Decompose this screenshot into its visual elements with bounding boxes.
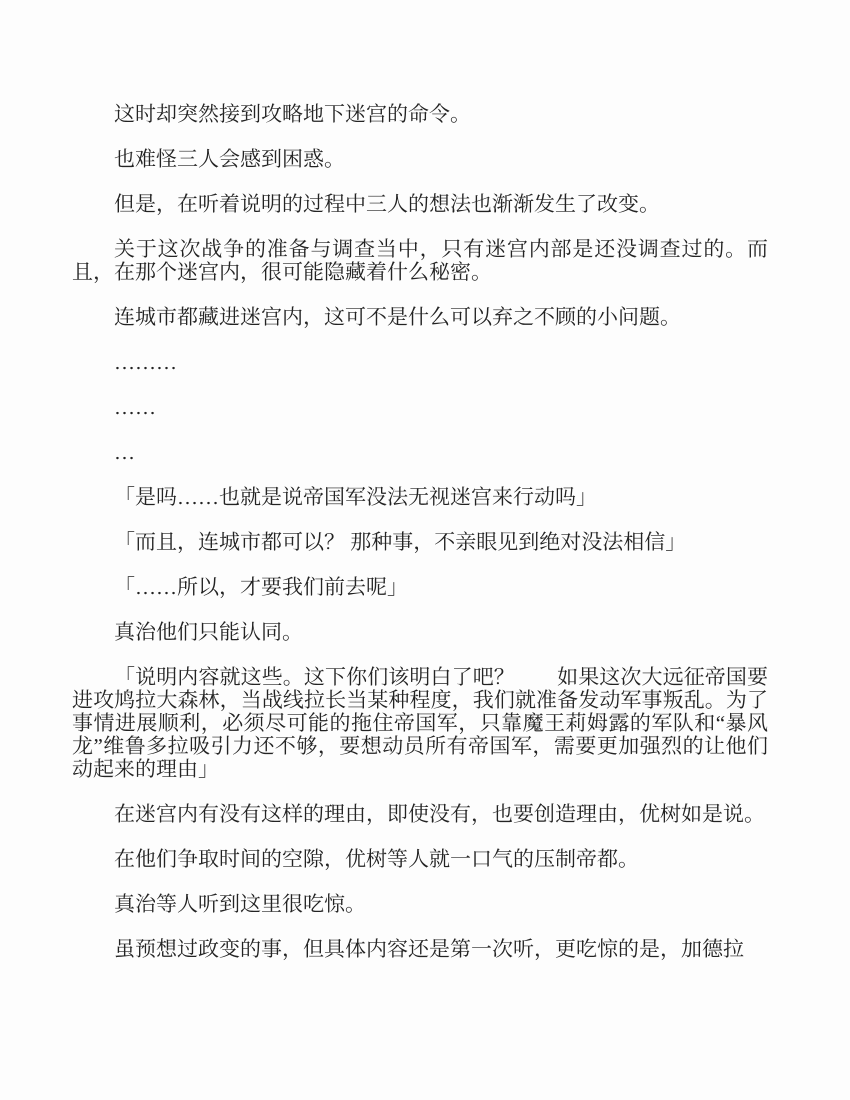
paragraph: 虽预想过政变的事，但具体内容还是第一次听，更吃惊的是，加德拉 [72, 938, 768, 961]
paragraph: 「……所以，才要我们前去呢」 [72, 576, 768, 599]
paragraph: 「说明内容就这些。这下你们该明白了吧？ 如果这次大远征帝国要进攻鸠拉大森林，当战… [72, 666, 768, 781]
paragraph: …… [72, 396, 768, 419]
novel-page: 这时却突然接到攻略地下迷宫的命令。也难怪三人会感到困惑。但是，在听着说明的过程中… [0, 0, 850, 1100]
paragraph: 也难怪三人会感到困惑。 [72, 148, 768, 171]
paragraph: 在迷宫内有没有这样的理由，即使没有，也要创造理由，优树如是说。 [72, 803, 768, 826]
paragraph: … [72, 441, 768, 464]
text-content: 这时却突然接到攻略地下迷宫的命令。也难怪三人会感到困惑。但是，在听着说明的过程中… [72, 103, 768, 961]
paragraph: 连城市都藏进迷宫内，这可不是什么可以弃之不顾的小问题。 [72, 306, 768, 329]
paragraph: 真治他们只能认同。 [72, 621, 768, 644]
paragraph: 关于这次战争的准备与调查当中，只有迷宫内部是还没调查过的。而且，在那个迷宫内，很… [72, 238, 768, 284]
paragraph: 这时却突然接到攻略地下迷宫的命令。 [72, 103, 768, 126]
paragraph: 在他们争取时间的空隙，优树等人就一口气的压制帝都。 [72, 848, 768, 871]
paragraph: 真治等人听到这里很吃惊。 [72, 893, 768, 916]
paragraph: ……… [72, 351, 768, 374]
paragraph: 但是，在听着说明的过程中三人的想法也渐渐发生了改变。 [72, 193, 768, 216]
paragraph: 「是吗……也就是说帝国军没法无视迷宫来行动吗」 [72, 486, 768, 509]
paragraph: 「而且，连城市都可以？ 那种事，不亲眼见到绝对没法相信」 [72, 531, 768, 554]
